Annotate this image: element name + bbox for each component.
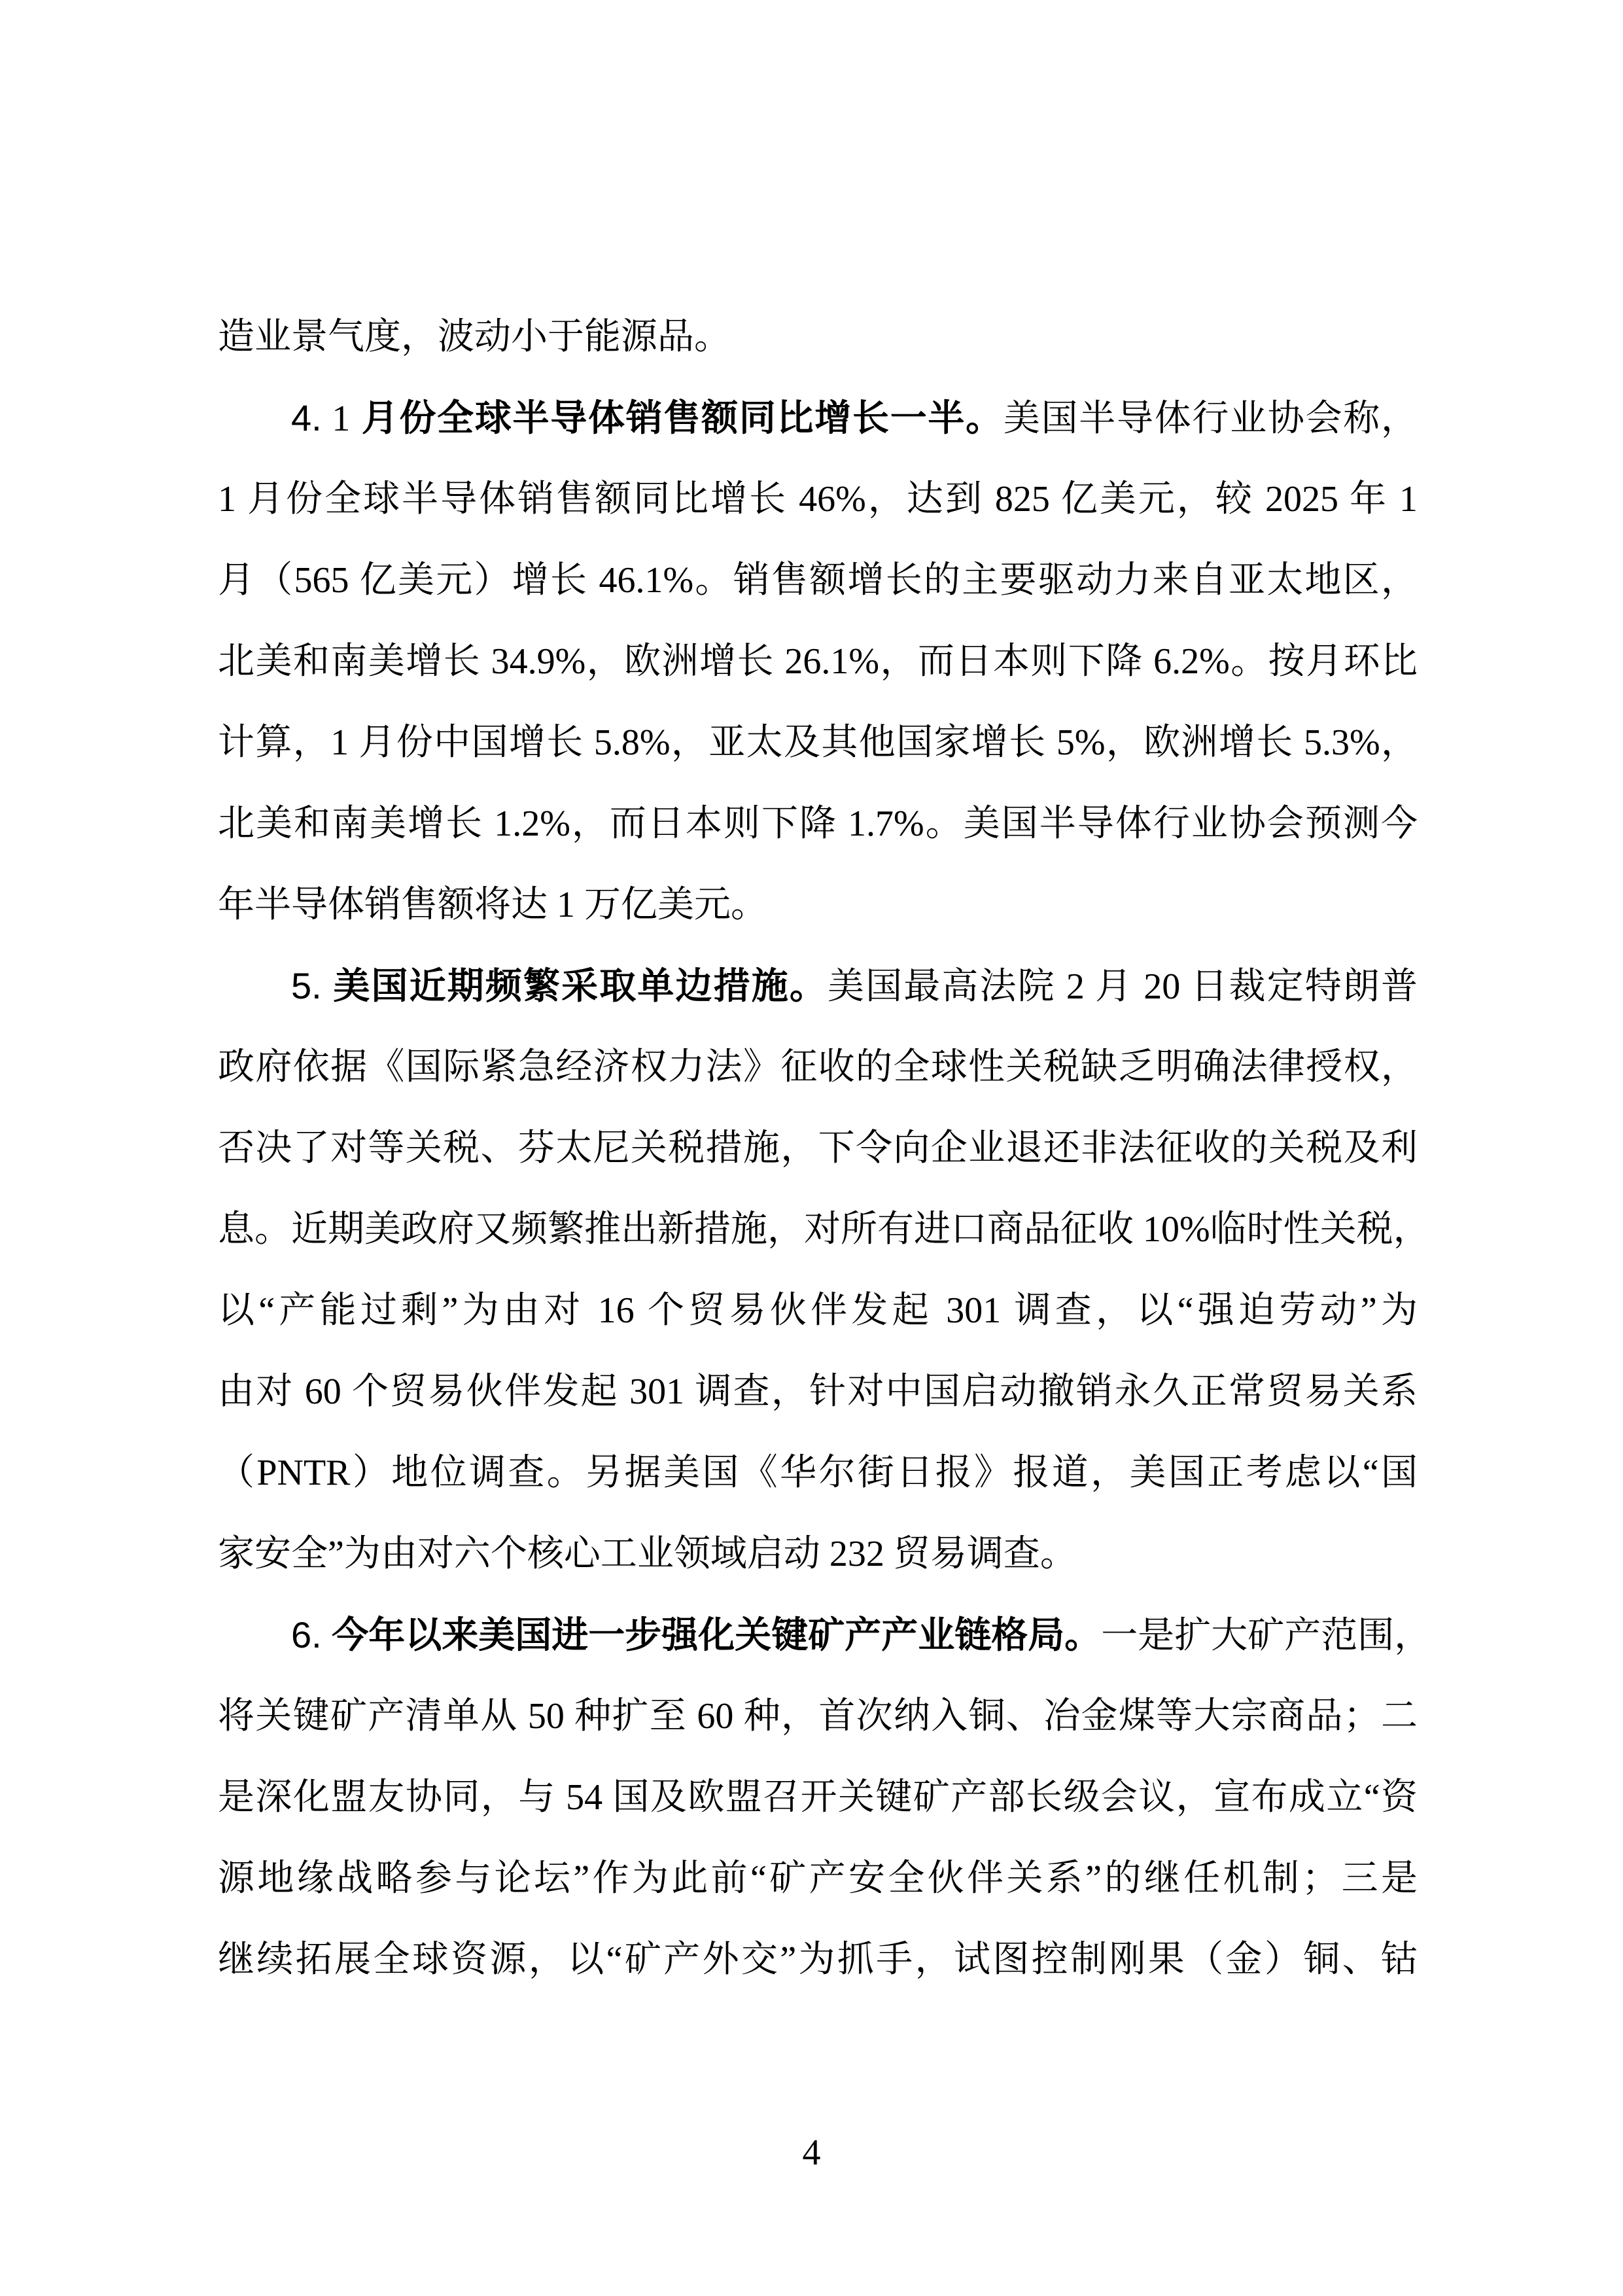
section-6-line: 继续拓展全球资源，以“矿产外交”为抓手，试图控制刚果（金）铜、钴: [218, 1919, 1418, 2000]
section-6-first-line: 6. 今年以来美国进一步强化关键矿产产业链格局。一是扩大矿产范围，: [218, 1595, 1418, 1676]
section-4-number-month: 1: [332, 398, 350, 439]
section-4-line: 1 月份全球半导体销售额同比增长 46%，达到 825 亿美元，较 2025 年…: [218, 459, 1418, 540]
section-6-line: 是深化盟友协同，与 54 国及欧盟召开关键矿产部长级会议，宣布成立“资: [218, 1757, 1418, 1838]
section-5-line: 家安全”为由对六个核心工业领域启动 232 贸易调查。: [218, 1513, 1418, 1595]
section-5-first-line: 5. 美国近期频繁采取单边措施。美国最高法院 2 月 20 日裁定特朗普: [218, 945, 1418, 1027]
section-4-heading: 月份全球半导体销售额同比增长一半。: [350, 397, 1003, 438]
section-4-line: 月（565 亿美元）增长 46.1%。销售额增长的主要驱动力来自亚太地区，: [218, 540, 1418, 621]
paragraph-continuation-line: 造业景气度，波动小于能源品。: [218, 296, 1418, 378]
section-4-body-start: 美国半导体行业协会称，: [1003, 398, 1418, 439]
section-4-line: 计算，1 月份中国增长 5.8%，亚太及其他国家增长 5%，欧洲增长 5.3%，: [218, 702, 1418, 783]
page-number: 4: [0, 2130, 1623, 2176]
document-page: 造业景气度，波动小于能源品。 4. 1 月份全球半导体销售额同比增长一半。美国半…: [0, 0, 1623, 2296]
section-4-line: 北美和南美增长 1.2%，而日本则下降 1.7%。美国半导体行业协会预测今: [218, 783, 1418, 864]
section-5-line: 由对 60 个贸易伙伴发起 301 调查，针对中国启动撤销永久正常贸易关系: [218, 1351, 1418, 1432]
section-4-line: 年半导体销售额将达 1 万亿美元。: [218, 864, 1418, 945]
section-4-line: 北美和南美增长 34.9%，欧洲增长 26.1%，而日本则下降 6.2%。按月环…: [218, 621, 1418, 702]
section-5-line: 以“产能过剩”为由对 16 个贸易伙伴发起 301 调查，以“强迫劳动”为: [218, 1270, 1418, 1351]
body-text: 造业景气度，波动小于能源品。 4. 1 月份全球半导体销售额同比增长一半。美国半…: [218, 296, 1418, 2000]
section-6-number: 6.: [291, 1614, 322, 1655]
section-5-line: （PNTR）地位调查。另据美国《华尔街日报》报道，美国正考虑以“国: [218, 1432, 1418, 1513]
section-5-line: 否决了对等关税、芬太尼关税措施，下令向企业退还非法征收的关税及利: [218, 1108, 1418, 1189]
section-6-body-start: 一是扩大矿产范围，: [1101, 1616, 1431, 1656]
section-6-line: 将关键矿产清单从 50 种扩至 60 种，首次纳入铜、冶金煤等大宗商品；二: [218, 1676, 1418, 1757]
section-4-number: 4.: [291, 397, 322, 438]
section-5-line: 政府依据《国际紧急经济权力法》征收的全球性关税缺乏明确法律授权，: [218, 1027, 1418, 1108]
section-5-number: 5.: [291, 965, 322, 1006]
section-5-line: 息。近期美政府又频繁推出新措施，对所有进口商品征收 10%临时性关税，: [218, 1189, 1418, 1270]
section-6-line: 源地缘战略参与论坛”作为此前“矿产安全伙伴关系”的继任机制；三是: [218, 1838, 1418, 1919]
section-5-body-start: 美国最高法院 2 月 20 日裁定特朗普: [828, 966, 1418, 1007]
section-4-first-line: 4. 1 月份全球半导体销售额同比增长一半。美国半导体行业协会称，: [218, 378, 1418, 459]
section-6-heading: 今年以来美国进一步强化关键矿产产业链格局。: [322, 1614, 1102, 1655]
section-5-heading: 美国近期频繁采取单边措施。: [322, 965, 828, 1006]
